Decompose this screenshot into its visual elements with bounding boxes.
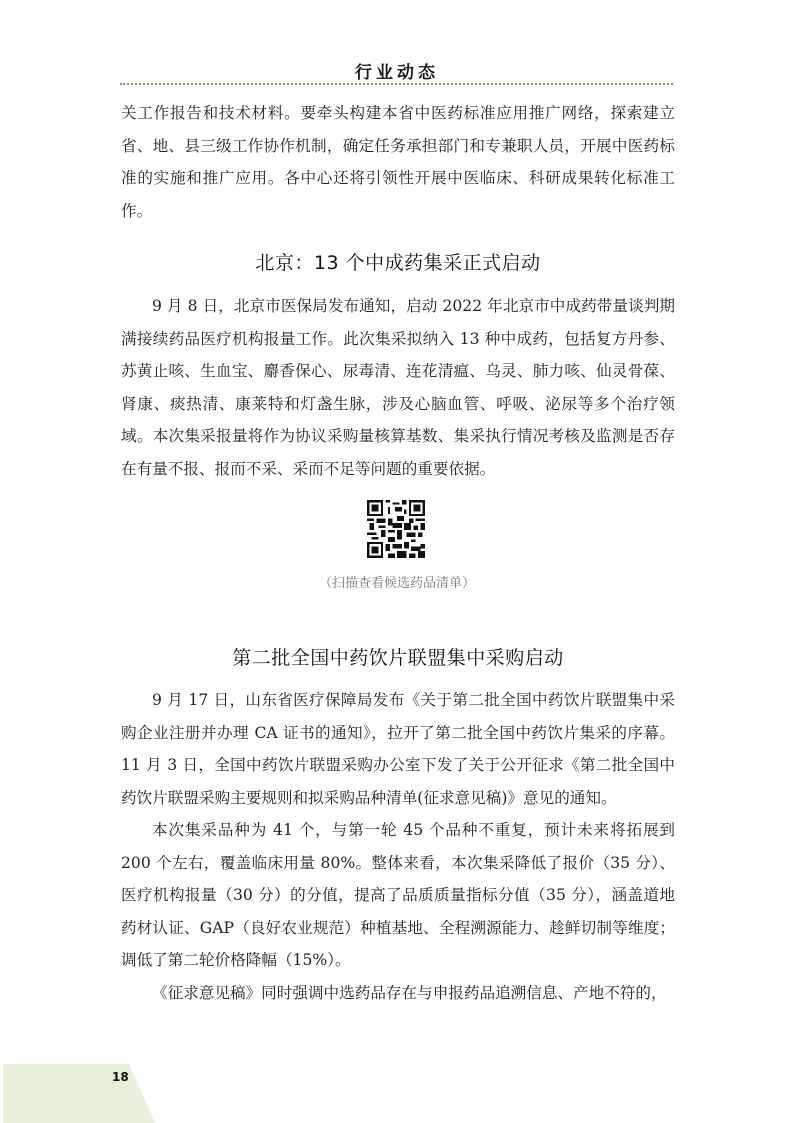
article-paragraph-national-3: 《征求意见稿》同时强调中选药品存在与申报药品追溯信息、产地不符的，: [121, 977, 675, 1010]
footer-page-tab: [3, 1064, 155, 1123]
article-paragraph-national-2: 本次集采品种为 41 个，与第一轮 45 个品种不重复，预计未来将拓展到 200…: [121, 814, 675, 977]
page-number: 18: [112, 1070, 129, 1084]
article-paragraph-national-1: 9 月 17 日，山东省医疗保障局发布《关于第二批全国中药饮片联盟集中采购企业注…: [121, 684, 675, 814]
article-paragraph-beijing: 9 月 8 日，北京市医保局发布通知，启动 2022 年北京市中成药带量谈判期满…: [121, 290, 675, 485]
article-title-beijing: 北京：13 个中成药集采正式启动: [121, 248, 675, 275]
qr-code-image[interactable]: [366, 500, 426, 558]
qr-caption: （扫描查看候选药品清单）: [0, 572, 794, 591]
intro-continued-paragraph: 关工作报告和技术材料。要牵头构建本省中医药标准应用推广网络，探索建立省、地、县三…: [121, 97, 675, 227]
article-title-national-decoction: 第二批全国中药饮片联盟集中采购启动: [121, 643, 675, 670]
section-header-title: 行业动态: [0, 58, 794, 83]
header-dotted-divider: [120, 83, 673, 85]
